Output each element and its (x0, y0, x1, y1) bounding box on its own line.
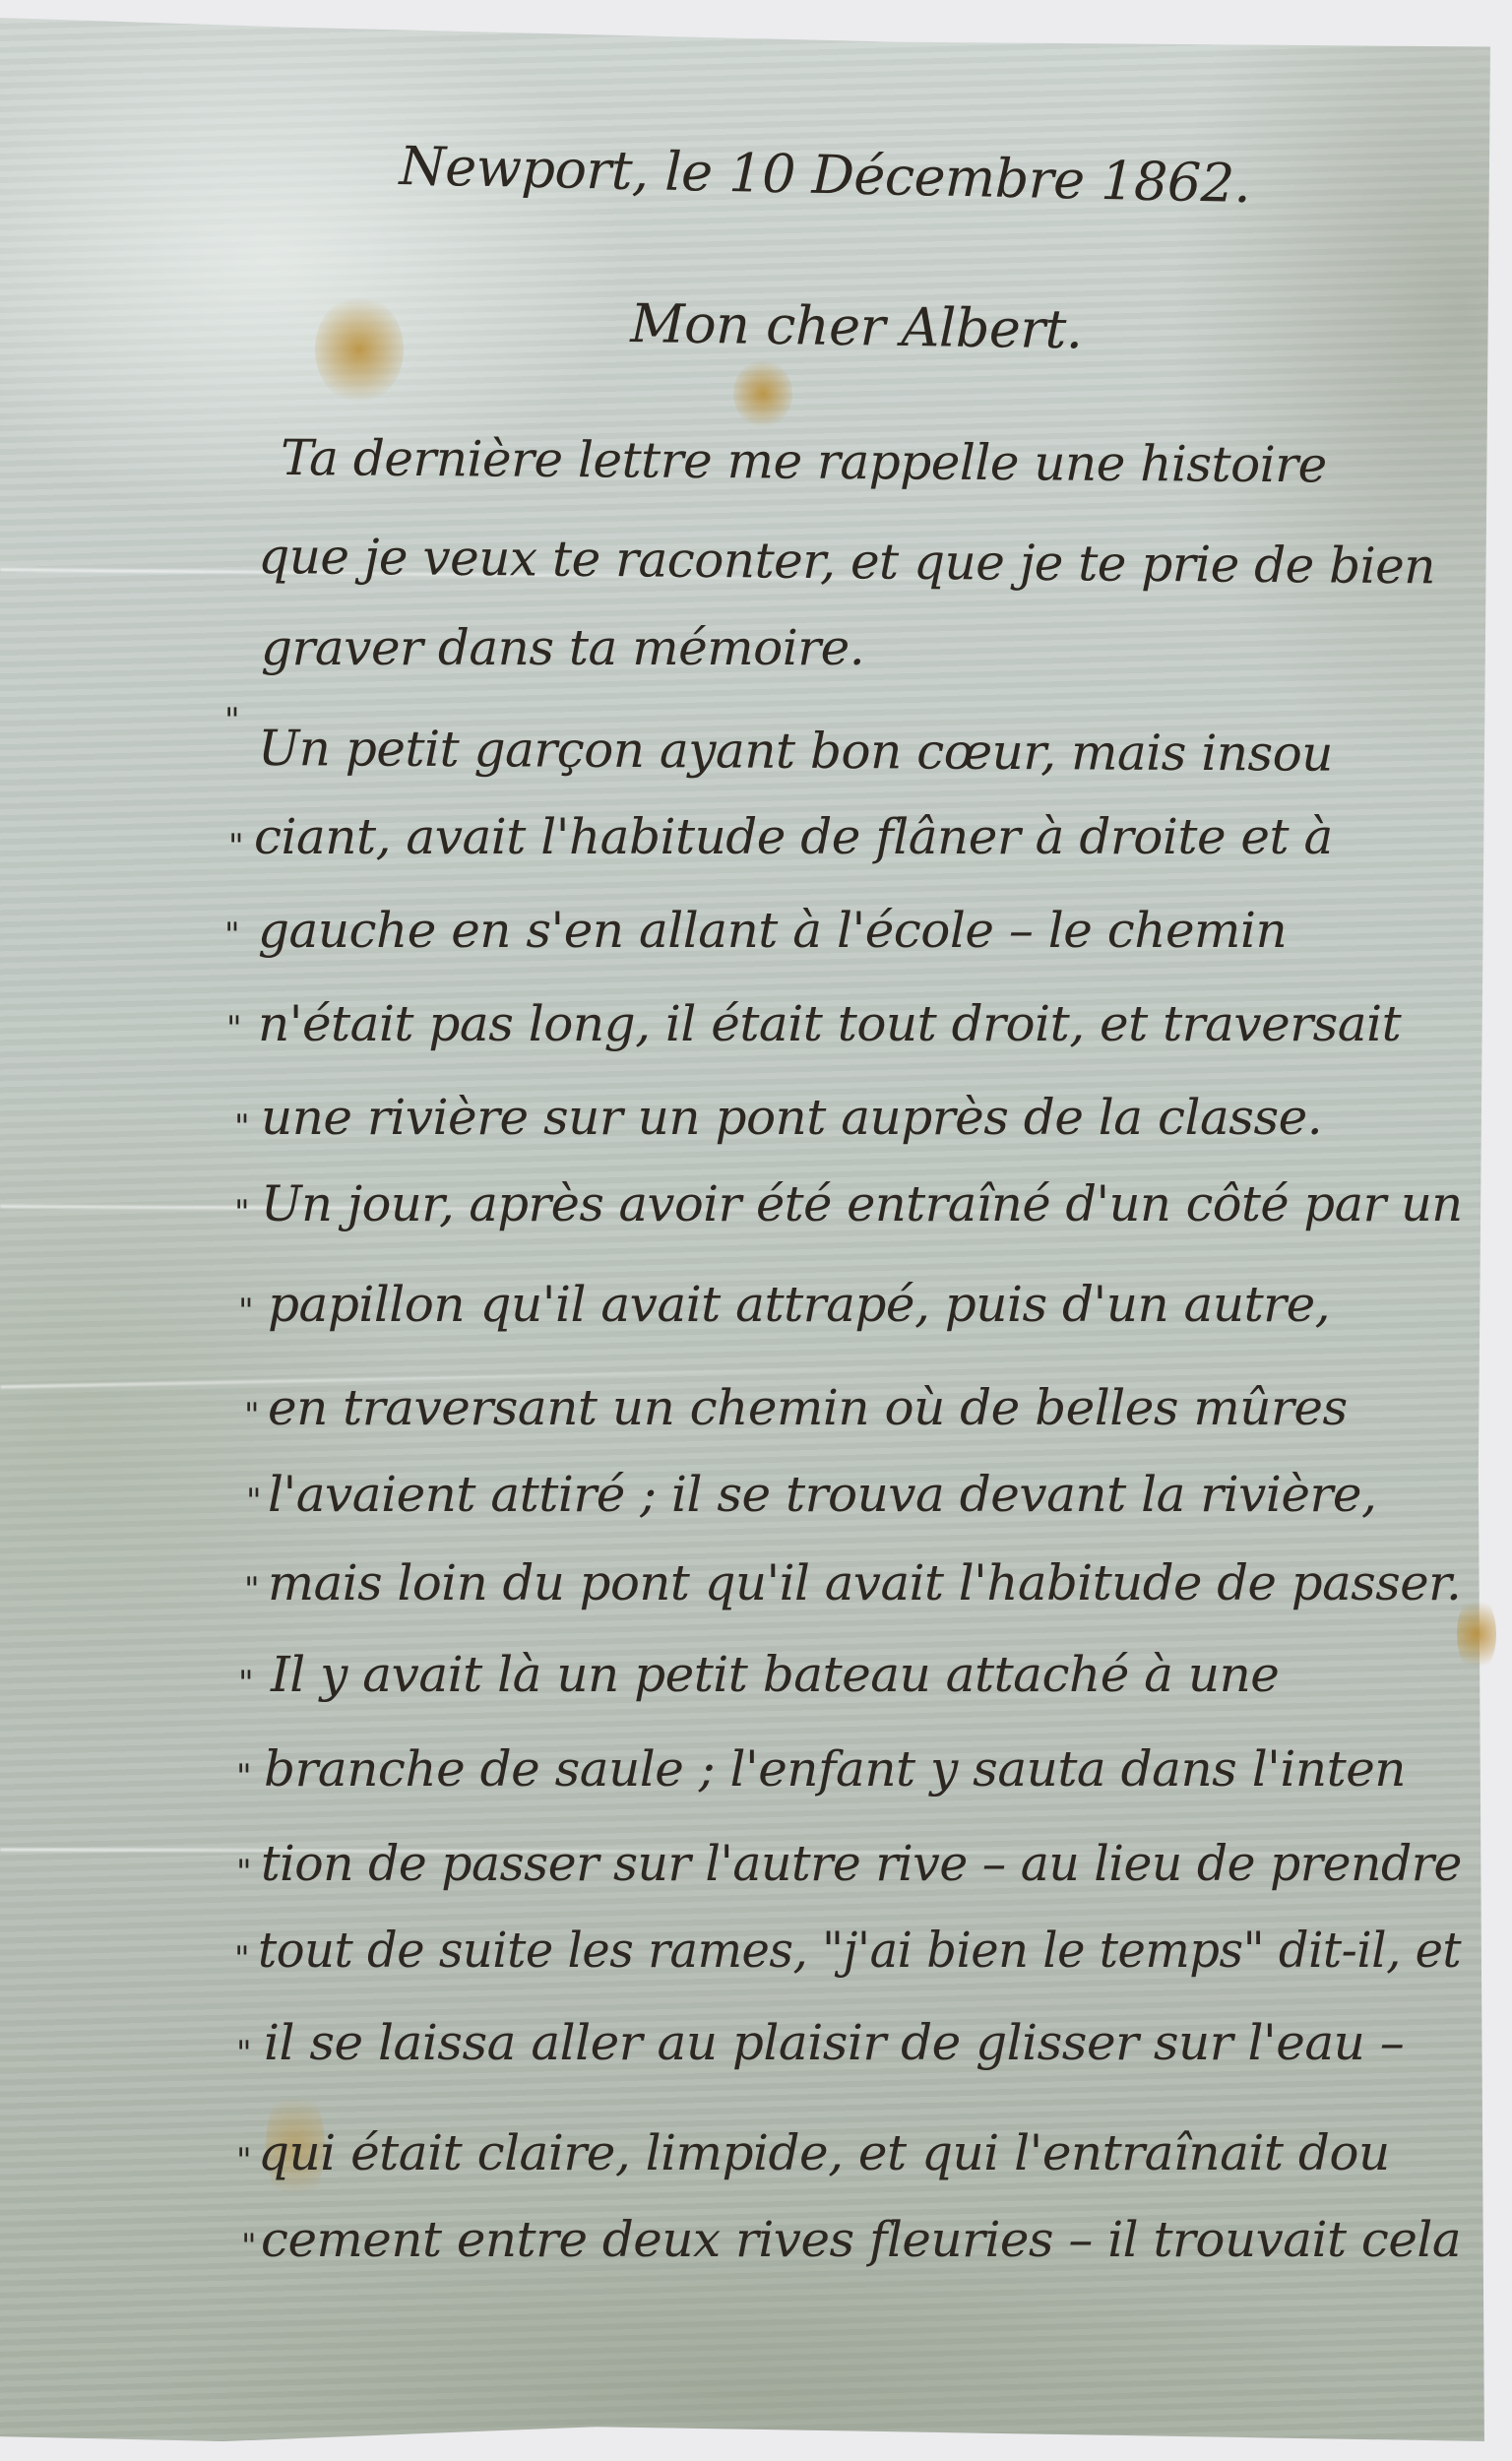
letter-line: en traversant un chemin où de belles mûr… (268, 1383, 1348, 1432)
quotation-mark: " (236, 1853, 252, 1892)
quotation-mark: " (238, 1664, 254, 1703)
quotation-mark: " (241, 2227, 257, 2266)
foxing-stain (1457, 1595, 1496, 1673)
letter-line: ciant, avait l'habitude de flâner à droi… (254, 812, 1333, 861)
letter-line: mais loin du pont qu'il avait l'habitude… (268, 1558, 1461, 1608)
quotation-mark: " (244, 1396, 260, 1435)
letter-line: que je veux te raconter, et que je te pr… (258, 532, 1435, 591)
letter-line: une rivière sur un pont auprès de la cla… (261, 1093, 1322, 1142)
letter-line: tout de suite les rames, "j'ai bien le t… (258, 1925, 1461, 1975)
letter-line: graver dans ta mémoire. (261, 623, 864, 672)
quotation-mark: " (234, 1107, 250, 1147)
quotation-mark: " (236, 2141, 252, 2180)
letter-line: il se laissa aller au plaisir de glisser… (264, 2018, 1404, 2067)
foxing-stain (733, 359, 792, 428)
quotation-mark: " (224, 701, 240, 740)
quotation-mark: " (234, 1193, 250, 1232)
letter-line: n'était pas long, il était tout droit, e… (258, 999, 1401, 1048)
letter-line: tion de passer sur l'autre rive – au lie… (261, 1839, 1462, 1888)
quotation-mark: " (224, 915, 240, 955)
quotation-mark: " (246, 1482, 262, 1521)
letter-line: qui était claire, limpide, et qui l'entr… (258, 2128, 1390, 2177)
letter-salutation: Mon cher Albert. (630, 297, 1083, 356)
letter-line: gauche en s'en allant à l'école – le che… (258, 906, 1287, 955)
foxing-stain (315, 295, 404, 404)
quotation-mark: " (244, 1570, 260, 1609)
quotation-mark: " (238, 1292, 254, 1331)
letter-line: l'avaient attiré ; il se trouva devant l… (268, 1470, 1376, 1519)
quotation-mark: " (236, 1757, 252, 1797)
letter-line: Il y avait là un petit bateau attaché à … (271, 1650, 1279, 1699)
quotation-mark: " (236, 2034, 252, 2073)
quotation-mark: " (234, 1939, 250, 1979)
letter-line: Un jour, après avoir été entraîné d'un c… (261, 1179, 1463, 1229)
letter-line: cement entre deux rives fleuries – il tr… (261, 2215, 1461, 2264)
quotation-mark: " (228, 827, 244, 866)
quotation-mark: " (226, 1009, 242, 1048)
letter-line: papillon qu'il avait attrapé, puis d'un … (268, 1280, 1330, 1329)
letter-line: branche de saule ; l'enfant y sauta dans… (264, 1744, 1406, 1794)
letter-line: Un petit garçon ayant bon cœur, mais ins… (258, 724, 1333, 779)
letter-line: Ta dernière lettre me rappelle une histo… (281, 433, 1327, 489)
